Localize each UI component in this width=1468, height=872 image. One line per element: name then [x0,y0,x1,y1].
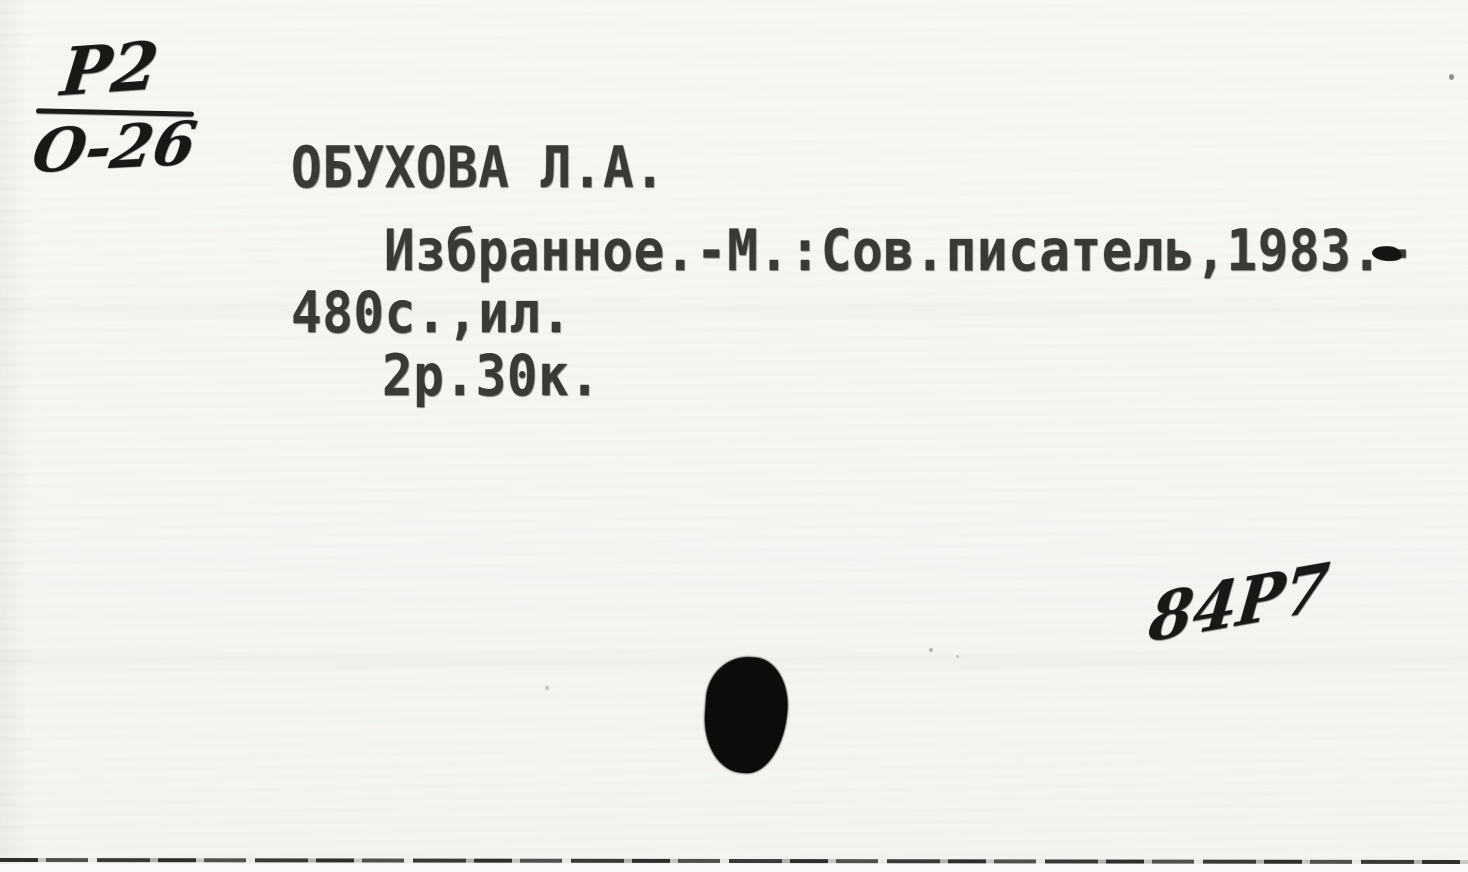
call-number-cutter: О-26 [28,114,200,182]
scan-streak [0,296,1468,322]
scan-speck [545,686,549,690]
scan-speck [1449,74,1454,80]
handwritten-classification-code: 84Р7 [1146,555,1332,653]
catalog-card-scan: Р2 О-26 ОБУХОВА Л.А. Избранное.-М.:Сов.п… [0,0,1468,872]
scan-speck [929,648,933,652]
scan-speck [956,655,959,658]
scanner-background-strip [0,864,1468,872]
ink-blot [701,654,791,775]
title-imprint-line: Избранное.-М.:Сов.писатель,1983.- [384,223,1414,280]
price-line: 2р.30к. [382,348,600,405]
collation-line: 480с.,ил. [291,285,572,342]
author-heading: ОБУХОВА Л.А. [291,140,665,197]
call-number-class-code: Р2 [58,33,162,106]
